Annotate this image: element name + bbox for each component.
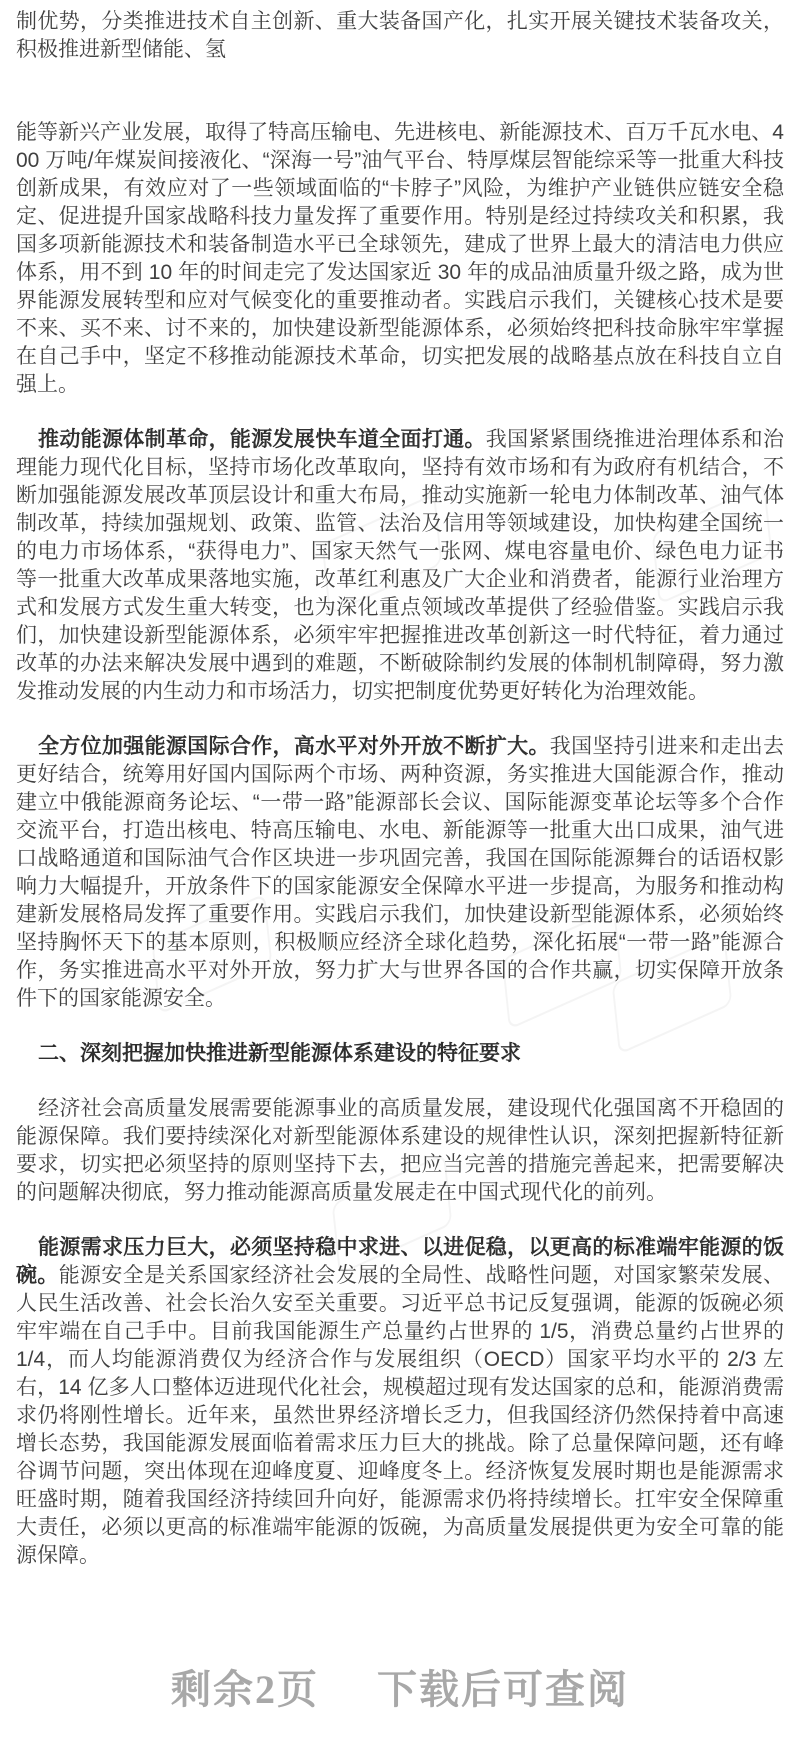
body-text: 我国紧紧围绕推进治理体系和治理能力现代化目标，坚持市场化改革取向，坚持有效市场和… (16, 428, 784, 703)
paragraph-international-cooperation: 全方位加强能源国际合作，高水平对外开放不断扩大。我国坚持引进来和走出去更好结合，… (16, 733, 784, 1013)
paragraph-demand-pressure: 能源需求压力巨大，必须坚持稳中求进、以进促稳，以更高的标准端牢能源的饭碗。能源安… (16, 1234, 784, 1570)
bold-lead-text: 二、深刻把握加快推进新型能源体系建设的特征要求 (38, 1042, 521, 1065)
document-page: 制优势，分类推进技术自主创新、重大装备国产化，扎实开展关键技术装备攻关，积极推进… (0, 0, 800, 1755)
body-text: 能源安全是关系国家经济社会发展的全局性、战略性问题，对国家繁荣发展、人民生活改善… (16, 1264, 784, 1567)
body-text: 制优势，分类推进技术自主创新、重大装备国产化，扎实开展关键技术装备攻关，积极推进… (16, 10, 784, 61)
section-heading-2: 二、深刻把握加快推进新型能源体系建设的特征要求 (16, 1040, 784, 1068)
bold-lead-text: 推动能源体制革命，能源发展快车道全面打通。 (38, 428, 486, 451)
pages-remaining-label: 剩余2页 (171, 1658, 319, 1715)
paragraph-system-reform: 推动能源体制革命，能源发展快车道全面打通。我国紧紧围绕推进治理体系和治理能力现代… (16, 426, 784, 706)
document-body: 制优势，分类推进技术自主创新、重大装备国产化，扎实开展关键技术装备攻关，积极推进… (16, 8, 784, 1570)
body-text: 经济社会高质量发展需要能源事业的高质量发展，建设现代化强国离不开稳固的能源保障。… (16, 1097, 784, 1204)
bold-lead-text: 全方位加强能源国际合作，高水平对外开放不断扩大。 (38, 735, 550, 758)
body-text: 能等新兴产业发展，取得了特高压输电、先进核电、新能源技术、百万千瓦水电、400 … (16, 121, 784, 396)
paragraph-high-quality-development: 经济社会高质量发展需要能源事业的高质量发展，建设现代化强国离不开稳固的能源保障。… (16, 1095, 784, 1207)
paragraph-page1-tail: 制优势，分类推进技术自主创新、重大装备国产化，扎实开展关键技术装备攻关，积极推进… (16, 8, 784, 64)
paragraph-tech-achievements: 能等新兴产业发展，取得了特高压输电、先进核电、新能源技术、百万千瓦水电、400 … (16, 119, 784, 399)
body-text: 我国坚持引进来和走出去更好结合，统筹用好国内国际两个市场、两种资源，务实推进大国… (16, 735, 784, 1010)
download-prompt: 剩余2页 下载后可查阅 (16, 1658, 784, 1715)
download-hint-label: 下载后可查阅 (377, 1658, 629, 1715)
